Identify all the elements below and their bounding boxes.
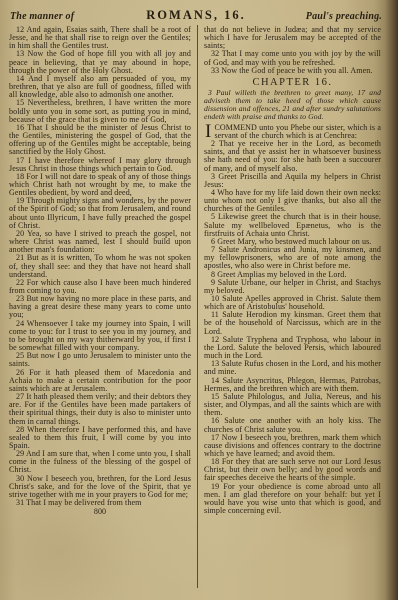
verse-continuation: that do not believe in Judæa; and that m… <box>204 26 381 50</box>
verse-paragraph: 19 For your obedience is come abroad unt… <box>204 483 381 516</box>
verse-paragraph: 22 For which cause also I have been much… <box>9 279 191 295</box>
verse-paragraph: 16 That I should be the minister of Jesu… <box>9 124 191 157</box>
verse-paragraph: 12 Salute Tryphena and Tryphosa, who lab… <box>204 336 381 360</box>
verse-paragraph: 18 For they that are such serve not our … <box>204 458 381 482</box>
verse-paragraph: 3 Greet Priscilla and Aquila my helpers … <box>204 173 381 189</box>
chapter-heading: CHAPTER 16. <box>204 79 381 87</box>
verse-paragraph: 25 But now I go unto Jerusalem to minist… <box>9 352 191 368</box>
verse-paragraph: 19 Through mighty signs and wonders, by … <box>9 197 191 230</box>
verse-paragraph: 13 Now the God of hope fill you with all… <box>9 50 191 74</box>
right-column: that do not believe in Judæa; and that m… <box>197 25 385 588</box>
verse-paragraph: 17 I have therefore whereof I may glory … <box>9 157 191 173</box>
bible-page: The manner of ROMANS, 16. Paul's preachi… <box>0 0 398 600</box>
verse-paragraph: 4 Who have for my life laid down their o… <box>204 189 381 213</box>
verse-paragraph: 24 Whensoever I take my journey into Spa… <box>9 320 191 353</box>
verse-one-text: COMMEND unto you Phebe our sister, which… <box>214 123 381 140</box>
page-number: 800 <box>9 508 191 516</box>
verse-paragraph: 31 That I may be delivered from them <box>9 499 191 507</box>
verse-paragraph: 26 For it hath pleased them of Macedonia… <box>9 369 191 393</box>
verse-paragraph: 27 It hath pleased them verily; and thei… <box>9 393 191 426</box>
verse-paragraph: 29 And I am sure that, when I come unto … <box>9 450 191 474</box>
left-column: 12 And again, Esaias saith, There shall … <box>0 25 197 588</box>
verse-paragraph: 11 Salute Herodion my kinsman. Greet the… <box>204 311 381 335</box>
verse-paragraph: 30 Now I beseech you, brethren, for the … <box>9 475 191 499</box>
verse-paragraph: 23 But now having no more place in these… <box>9 295 191 319</box>
verse-paragraph: 17 Now I beseech you, brethren, mark the… <box>204 434 381 458</box>
verse-paragraph-first: ICOMMEND unto you Phebe our sister, whic… <box>204 124 381 140</box>
verse-paragraph: 28 When therefore I have performed this,… <box>9 426 191 450</box>
running-head-left: The manner of <box>10 11 146 22</box>
running-head-title: ROMANS, 16. <box>146 8 245 23</box>
verse-paragraph: 16 Salute one another with an holy kiss.… <box>204 417 381 433</box>
verse-paragraph: 20 Yea, so have I strived to preach the … <box>9 230 191 254</box>
verse-paragraph: 15 Nevertheless, brethren, I have writte… <box>9 99 191 123</box>
verse-paragraph: 33 Now the God of peace be with you all.… <box>204 67 381 75</box>
verse-paragraph: 5 Likewise greet the church that is in t… <box>204 213 381 237</box>
verse-paragraph: 7 Salute Andronicus and Junia, my kinsme… <box>204 246 381 270</box>
verse-paragraph: 9 Salute Urbane, our helper in Christ, a… <box>204 279 381 295</box>
verse-paragraph: 14 Salute Asyncritus, Phlegon, Hermas, P… <box>204 377 381 393</box>
text-columns: 12 And again, Esaias saith, There shall … <box>0 25 398 588</box>
verse-paragraph: 21 But as it is written, To whom he was … <box>9 254 191 278</box>
drop-cap-initial: I <box>204 124 214 139</box>
verse-paragraph: 14 And I myself also am persuaded of you… <box>9 75 191 99</box>
verse-paragraph: 12 And again, Esaias saith, There shall … <box>9 26 191 50</box>
verse-paragraph: 13 Salute Rufus chosen in the Lord, and … <box>204 360 381 376</box>
verse-paragraph: 18 For I will not dare to speak of any o… <box>9 173 191 197</box>
running-head-right: Paul's preaching. <box>246 11 382 22</box>
verse-paragraph: 15 Salute Philologus, and Julia, Nereus,… <box>204 393 381 417</box>
verse-paragraph: 10 Salute Apelles approved in Christ. Sa… <box>204 295 381 311</box>
verse-paragraph: 2 That ye receive her in the Lord, as be… <box>204 140 381 173</box>
running-head: The manner of ROMANS, 16. Paul's preachi… <box>0 0 398 25</box>
verse-paragraph: 32 That I may come unto you with joy by … <box>204 50 381 66</box>
chapter-summary: 3 Paul willeth the brethren to greet man… <box>204 89 381 121</box>
